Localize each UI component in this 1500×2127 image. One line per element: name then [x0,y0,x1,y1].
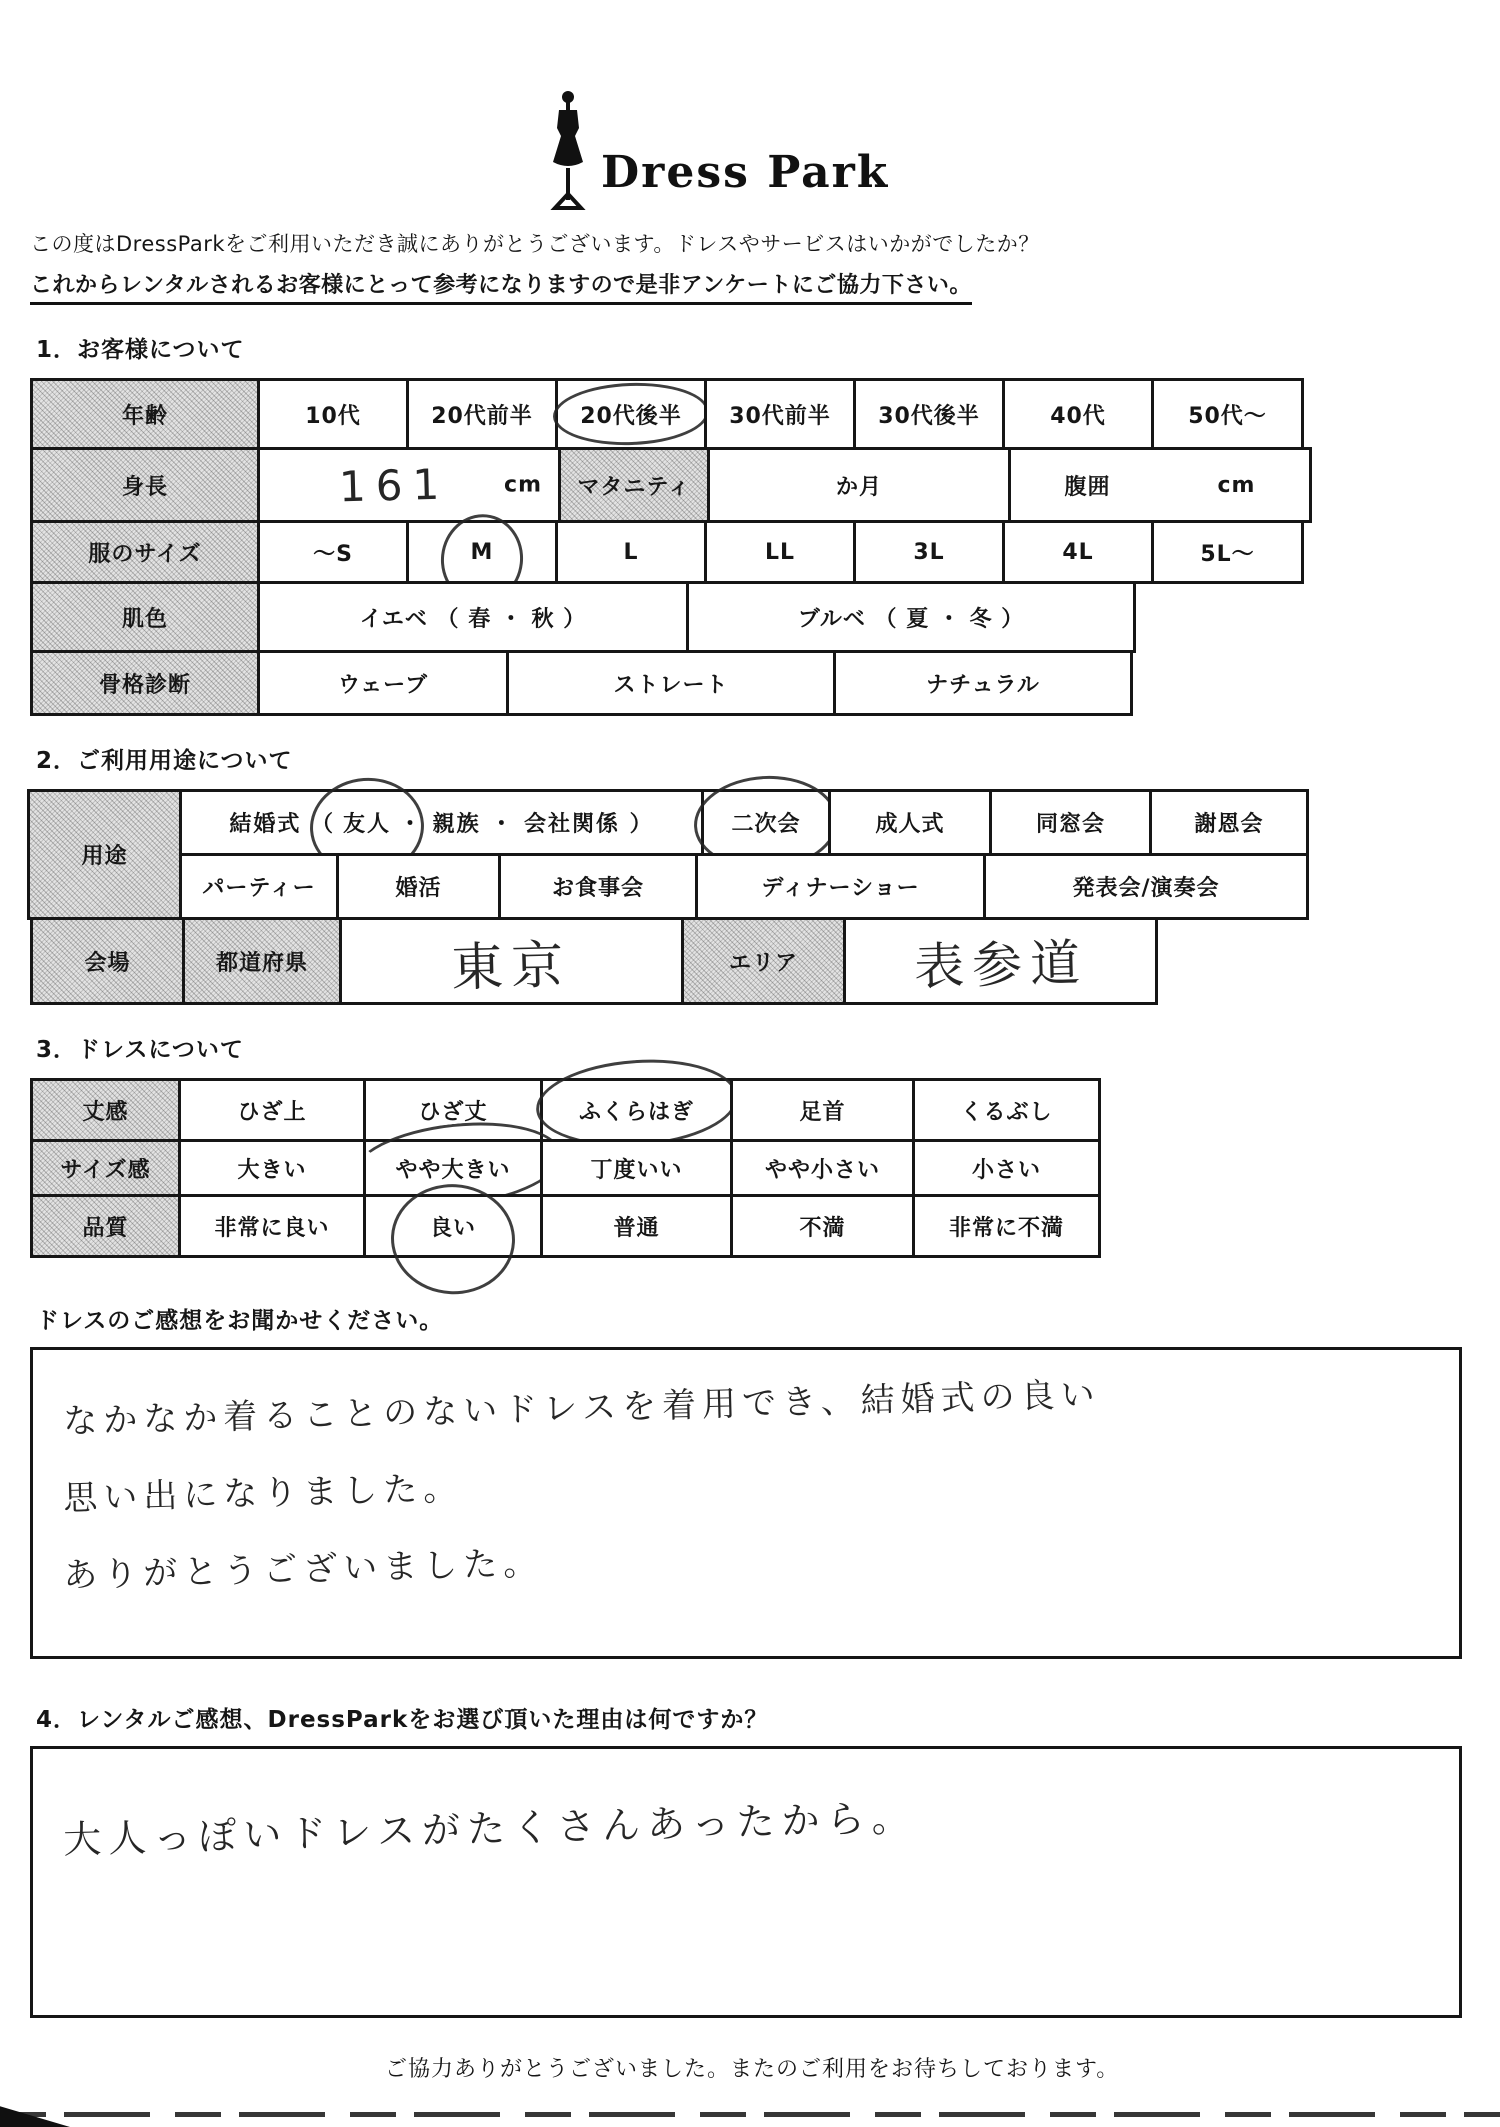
footer-thanks: ご協力ありがとうございました。またのご利用をお待ちしております。 [385,2052,1500,2083]
fit-label: サイズ感 [30,1139,181,1197]
purpose-option-coming-of-age: 成人式 [828,789,992,856]
length-option-calf-selected: ふくらはぎ [540,1078,733,1142]
size-option-l: L [555,520,707,584]
area-value-text: 表参道 [913,923,1089,1000]
purpose-table: 用途 結婚式 （ 友人 ・ 親族 ・ 会社関係 ） 二次会 [30,789,1500,1005]
size-option-label: M [471,540,494,565]
size-option-ll: LL [704,520,856,584]
prefecture-value-text: 東京 [451,922,573,1000]
age-option-10s: 10代 [257,378,409,450]
height-handwritten-value: 161 [338,459,449,511]
quality-label: 品質 [30,1194,181,1258]
wedding-prefix: 結婚式 （ [229,807,335,838]
purpose-row-1: 結婚式 （ 友人 ・ 親族 ・ 会社関係 ） 二次会 成人式 同窓会 謝恩会 [179,789,1309,856]
reason-box: 大人っぽいドレスがたくさんあったから。 [30,1746,1462,2018]
feedback-prompt: ドレスのご感想をお聞かせください。 [36,1302,1500,1335]
age-option-50s: 50代～ [1151,378,1304,450]
good-label: 良い [430,1211,476,1242]
slightly-big-label: やや大きい [395,1153,510,1184]
purpose-option-dinner-party: お食事会 [498,853,698,920]
purpose-upper: 用途 結婚式 （ 友人 ・ 親族 ・ 会社関係 ） 二次会 [30,789,1500,920]
size-option-s: ～S [257,520,409,584]
age-option-40s: 40代 [1002,378,1154,450]
age-label: 年齢 [30,378,260,450]
size-option-3l: 3L [853,520,1005,584]
section1-heading: 1．お客様について [36,331,1500,364]
age-option-late20s-selected: 20代後半 [555,378,707,450]
maternity-label: マタニティ [558,447,710,523]
size-option-5l: 5L～ [1151,520,1304,584]
brand-name: Dress Park [601,147,889,198]
area-handwritten-value: 表参道 [843,917,1158,1005]
venue-row: 会場 都道府県 東京 エリア 表参道 [30,917,1500,1005]
venue-label: 会場 [30,917,185,1005]
quality-row: 品質 非常に良い 良い 普通 不満 非常に不満 [30,1194,1500,1258]
skeleton-label: 骨格診断 [30,650,260,716]
age-option-early30s: 30代前半 [704,378,856,450]
quality-option-very-good: 非常に良い [178,1194,366,1258]
skeleton-option-straight: ストレート [506,650,836,716]
length-label: 丈感 [30,1078,181,1142]
length-row: 丈感 ひざ上 ひざ丈 ふくらはぎ 足首 くるぶし [30,1078,1500,1142]
purpose-option-afterparty-selected: 二次会 [701,789,831,856]
waist-label: 腹囲 [1065,470,1111,501]
wedding-suffix: ・ 親族 ・ 会社関係 ） [399,807,654,838]
quality-option-very-dissatisfied: 非常に不満 [912,1194,1101,1258]
skeleton-option-wave: ウェーブ [257,650,509,716]
prefecture-label: 都道府県 [182,917,342,1005]
size-option-4l: 4L [1002,520,1154,584]
height-unit: cm [504,473,542,498]
length-option-knee: ひざ丈 [363,1078,543,1142]
feedback-line-1: なかなか着ることのないドレスを着用でき、結婚式の良い [63,1358,1430,1443]
purpose-option-reunion: 同窓会 [989,789,1152,856]
section3-heading: 3．ドレスについて [36,1031,1500,1064]
area-label: エリア [681,917,846,1005]
length-option-above-knee: ひざ上 [178,1078,366,1142]
fit-option-big: 大きい [178,1139,366,1197]
afterparty-label: 二次会 [731,807,800,838]
waist-cell: 腹囲 cm [1008,447,1312,523]
feedback-box: なかなか着ることのないドレスを着用でき、結婚式の良い 思い出になりました。 あり… [30,1347,1462,1659]
intro-request-text: これからレンタルされるお客様にとって参考になりますので是非アンケートにご協力下さ… [30,268,972,305]
wedding-circled-label: 友人 [343,812,391,837]
prefecture-handwritten-value: 東京 [339,917,684,1005]
calf-label: ふくらはぎ [579,1095,694,1126]
height-label: 身長 [30,447,260,523]
fit-option-slightly-big-selected: やや大きい [363,1139,543,1197]
age-row: 年齢 10代 20代前半 20代後半 30代前半 30代後半 40代 50代～ [30,378,1500,450]
intro-text: この度はDressParkをご利用いただき誠にありがとうございます。ドレスやサー… [30,228,1500,258]
wedding-circled-option: 友人 [335,807,399,838]
skeleton-row: 骨格診断 ウェーブ ストレート ナチュラル [30,650,1500,716]
age-option-early20s: 20代前半 [406,378,558,450]
quality-option-dissatisfied: 不満 [730,1194,915,1258]
feedback-line-2: 思い出になりました。 [63,1435,1430,1520]
reason-handwritten-answer: 大人っぽいドレスがたくさんあったから。 [63,1773,1430,1864]
age-option-late30s: 30代後半 [853,378,1005,450]
purpose-option-recital: 発表会/演奏会 [983,853,1309,920]
customer-table: 年齢 10代 20代前半 20代後半 30代前半 30代後半 40代 50代～ … [30,378,1500,716]
purpose-option-thanks-party: 謝恩会 [1149,789,1309,856]
fit-option-just-right: 丁度いい [540,1139,733,1197]
quality-option-good-selected: 良い [363,1194,543,1258]
fit-row: サイズ感 大きい やや大きい 丁度いい やや小さい 小さい [30,1139,1500,1197]
purpose-option-konkatsu: 婚活 [336,853,501,920]
size-row: 服のサイズ ～S M L LL 3L 4L 5L～ [30,520,1500,584]
height-row: 身長 161 cm マタニティ か月 腹囲 cm [30,447,1500,523]
length-option-anklebone: くるぶし [912,1078,1101,1142]
skin-row: 肌色 イエベ （ 春 ・ 秋 ） ブルベ （ 夏 ・ 冬 ） [30,581,1500,653]
quality-option-normal: 普通 [540,1194,733,1258]
logo: Dress Park [545,0,1500,212]
skin-label: 肌色 [30,581,260,653]
skin-option-yellow-base: イエベ （ 春 ・ 秋 ） [257,581,689,653]
purpose-option-dinner-show: ディナーショー [695,853,986,920]
length-option-ankle: 足首 [730,1078,915,1142]
skin-option-blue-base: ブルベ （ 夏 ・ 冬 ） [686,581,1136,653]
purpose-option-party: パーティー [179,853,339,920]
fit-option-slightly-small: やや小さい [730,1139,915,1197]
size-label: 服のサイズ [30,520,260,584]
purpose-label: 用途 [27,789,182,920]
size-option-m-selected: M [406,520,558,584]
section2-heading: 2．ご利用用途について [36,742,1500,775]
age-option-label: 20代後半 [580,399,682,430]
purpose-row-2: パーティー 婚活 お食事会 ディナーショー 発表会/演奏会 [179,853,1309,920]
scan-artifact-line [0,2112,1500,2117]
fit-option-small: 小さい [912,1139,1101,1197]
dress-form-icon [545,90,591,212]
waist-unit: cm [1218,473,1256,498]
maternity-months-cell: か月 [707,447,1011,523]
dress-table: 丈感 ひざ上 ひざ丈 ふくらはぎ 足首 くるぶし サイズ感 大きい やや大きい … [30,1078,1500,1258]
section4-heading: 4．レンタルご感想、DressParkをお選び頂いた理由は何ですか？ [36,1701,1500,1734]
height-value-cell: 161 cm [257,447,561,523]
purpose-option-wedding: 結婚式 （ 友人 ・ 親族 ・ 会社関係 ） [179,789,704,856]
feedback-line-3: ありがとうございました。 [63,1512,1430,1597]
scanned-questionnaire: Dress Park この度はDressParkをご利用いただき誠にありがとうご… [0,0,1500,2127]
skeleton-option-natural: ナチュラル [833,650,1133,716]
